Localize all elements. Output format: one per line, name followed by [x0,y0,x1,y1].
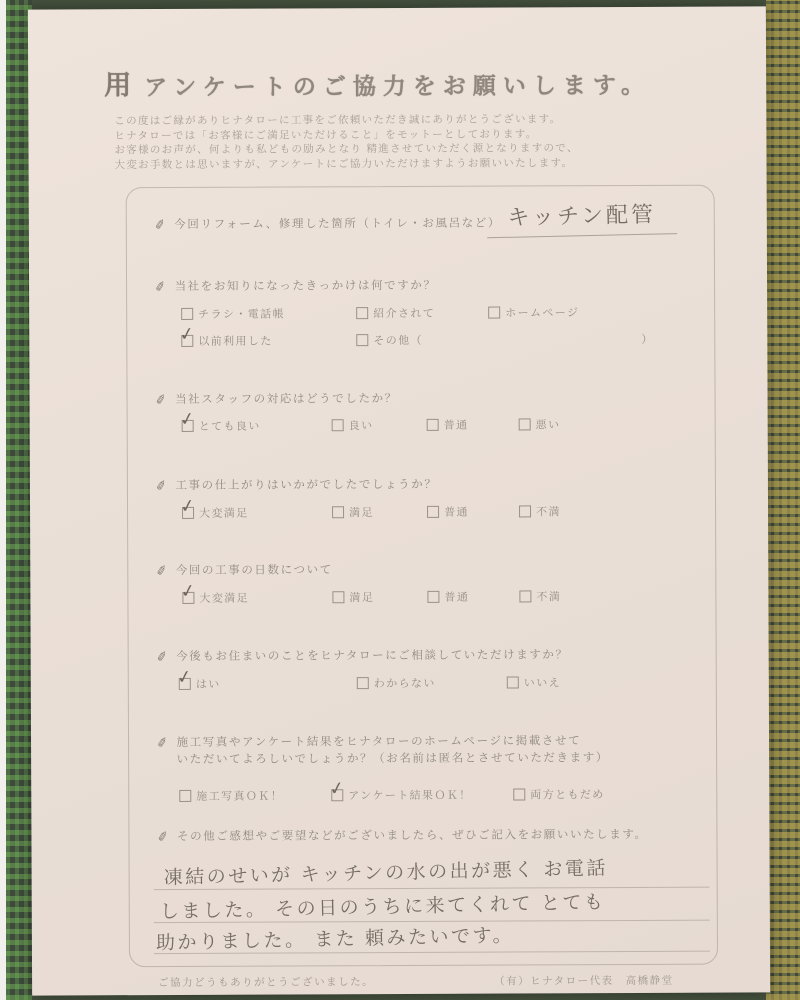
question-7-options: 施工写真ＯＫ！ ✓ アンケート結果ＯＫ！ 両方ともだめ [179,786,604,804]
option-label: 不満 [536,503,561,519]
option-label: 悪い [536,416,561,432]
checkbox [332,506,344,518]
option-label: 不満 [536,588,561,604]
survey-paper: 用 アンケートのご協力をお願いします。 この度はご縁がありヒナタローに工事をご依… [28,6,770,995]
option: 悪い [519,416,561,432]
question-1-handwritten-answer: キッチン配管 [486,197,677,238]
footer-thanks: ご協力どうもありがとうございました。 [158,974,374,990]
option-label: チラシ・電話帳 [198,305,285,321]
option-label: 施工写真ＯＫ！ [196,788,283,804]
pencil-icon: ✐ [155,562,171,580]
option: 良い [332,417,427,433]
checkbox: ✓ [331,789,343,801]
option: 普通 [427,416,519,432]
pencil-icon: ✐ [154,477,170,495]
option: いいえ [507,674,561,690]
option: 不満 [519,588,561,604]
option: ✓ とても良い [182,417,332,434]
pencil-icon: ✐ [156,828,172,846]
question-2-options-row1: チラシ・電話帳 紹介されて ホームページ [181,304,579,322]
checkbox [332,591,344,603]
option: ✓ 以前利用した [181,332,356,349]
pencil-icon: ✐ [154,278,170,296]
option: わからない [357,675,507,692]
question-5-options: ✓ 大変満足 満足 普通 不満 [182,588,561,606]
question-7-label-line2: いただいてよろしいでしょうか？（お名前は匿名とさせていただきます） [177,750,609,769]
option: ホームページ [488,304,579,320]
checkbox [519,590,531,602]
option: ✓ 大変満足 [182,504,332,521]
checkbox [357,677,369,689]
option: 不満 [519,503,561,519]
intro-line: お客様のお声が、何よりも私どもの励みとなり 精進させていただく源となりますので、 [114,141,578,158]
checkbox [179,790,191,802]
checkbox [507,676,519,688]
option: 紹介されて [356,305,488,322]
question-3: ✐ 当社スタッフの対応はどうでしたか？ [156,391,398,409]
pencil-icon: ✐ [155,648,171,666]
option-label: ホームページ [505,304,579,320]
intro-paragraph: この度はご縁がありヒナタローに工事をご依頼いただき誠にありがとうございます。 ヒ… [114,112,578,172]
option-label: 普通 [444,589,469,605]
option-label: 大変満足 [199,505,249,521]
checkbox: ✓ [181,335,193,347]
question-3-options: ✓ とても良い 良い 普通 悪い [182,416,561,434]
option-label: 以前利用した [198,333,272,349]
checkbox [427,419,439,431]
option: 満足 [332,589,427,605]
company-logo-icon: 用 [104,63,131,102]
option-label: はい [196,676,221,692]
checkbox: ✓ [182,592,194,604]
option: 満足 [332,504,427,520]
checkbox [356,334,368,346]
pencil-icon: ✐ [154,391,170,409]
checkbox: ✓ [182,420,194,432]
question-6: ✐ 今後もお住まいのことをヒナタローにご相談していただけますか？ [157,647,569,666]
footer-signature: （有）ヒナタロー代表 高橋静堂 [494,973,674,989]
option-label: とても良い [199,418,261,434]
background-texture-right [766,0,800,1000]
question-2: ✐ 当社をお知りになったきっかけは何ですか？ [155,278,437,296]
intro-line: この度はご縁がありヒナタローに工事をご依頼いただき誠にありがとうございます。 [114,112,578,129]
option: その他（ [356,332,423,348]
question-4-options: ✓ 大変満足 満足 普通 不満 [182,503,561,521]
question-2-options-row2: ✓ 以前利用した その他（ [181,332,423,349]
checkbox [356,307,368,319]
question-5: ✐ 今回の工事の日数について [156,562,333,580]
option: 普通 [427,588,519,604]
option: ✓ 大変満足 [182,589,332,606]
checkbox [513,788,525,800]
question-3-label: 当社スタッフの対応はどうでしたか？ [175,391,398,409]
checkbox [427,591,439,603]
checkbox [332,419,344,431]
option-label: 大変満足 [199,590,249,606]
option-label: 良い [349,417,374,433]
pencil-icon: ✐ [153,216,169,234]
checkbox [519,505,531,517]
checkbox [519,418,531,430]
question-5-label: 今回の工事の日数について [176,562,333,580]
checkbox: ✓ [182,507,194,519]
page-title: アンケートのご協力をお願いします。 [144,67,651,102]
checkbox: ✓ [179,678,191,690]
question-1: ✐ 今回リフォーム、修理した箇所（トイレ・お風呂など） [155,216,501,235]
question-2-label: 当社をお知りになったきっかけは何ですか？ [175,278,437,296]
option-label: 満足 [349,504,374,520]
option: チラシ・電話帳 [181,305,356,322]
checkbox [181,308,193,320]
question-1-label: 今回リフォーム、修理した箇所（トイレ・お風呂など） [174,216,501,234]
question-6-options: ✓ はい わからない いいえ [179,674,561,692]
close-paren: ） [641,331,652,347]
question-4-label: 工事の仕上がりはいかがでしたでしょうか？ [175,477,437,495]
option: 施工写真ＯＫ！ [179,787,331,804]
question-4: ✐ 工事の仕上がりはいかがでしたでしょうか？ [156,477,438,495]
option-label: いいえ [524,674,561,690]
checkbox [488,307,500,319]
option: 両方ともだめ [513,786,604,802]
option-label: 紹介されて [373,305,435,321]
option: ✓ はい [179,675,357,692]
option-label: 普通 [444,504,469,520]
option-label: わからない [374,675,436,691]
option-label: アンケート結果ＯＫ！ [348,787,471,804]
option: ✓ アンケート結果ＯＫ！ [331,787,513,804]
question-7-label-line1: 施工写真やアンケート結果をヒナタローのホームページに掲載させて [177,733,609,752]
question-7: ✐ 施工写真やアンケート結果をヒナタローのホームページに掲載させて いただいてよ… [157,733,609,769]
question-8-label: その他ご感想やご要望などがございましたら、ぜひご記入をお願いいたします。 [177,827,648,846]
option-label: 普通 [444,417,469,433]
question-6-label: 今後もお住まいのことをヒナタローにご相談していただけますか？ [176,647,568,666]
checkbox [427,506,439,518]
pencil-icon: ✐ [155,734,171,752]
option-label: その他（ [373,332,423,348]
option-label: 満足 [349,589,374,605]
option-label: 両方ともだめ [530,786,604,802]
question-8: ✐ その他ご感想やご要望などがございましたら、ぜひご記入をお願いいたします。 [157,827,647,846]
intro-line: 大変お手数とは思いますが、アンケートにご協力いただけますようお願いいたします。 [114,156,578,173]
option: 普通 [427,503,519,519]
